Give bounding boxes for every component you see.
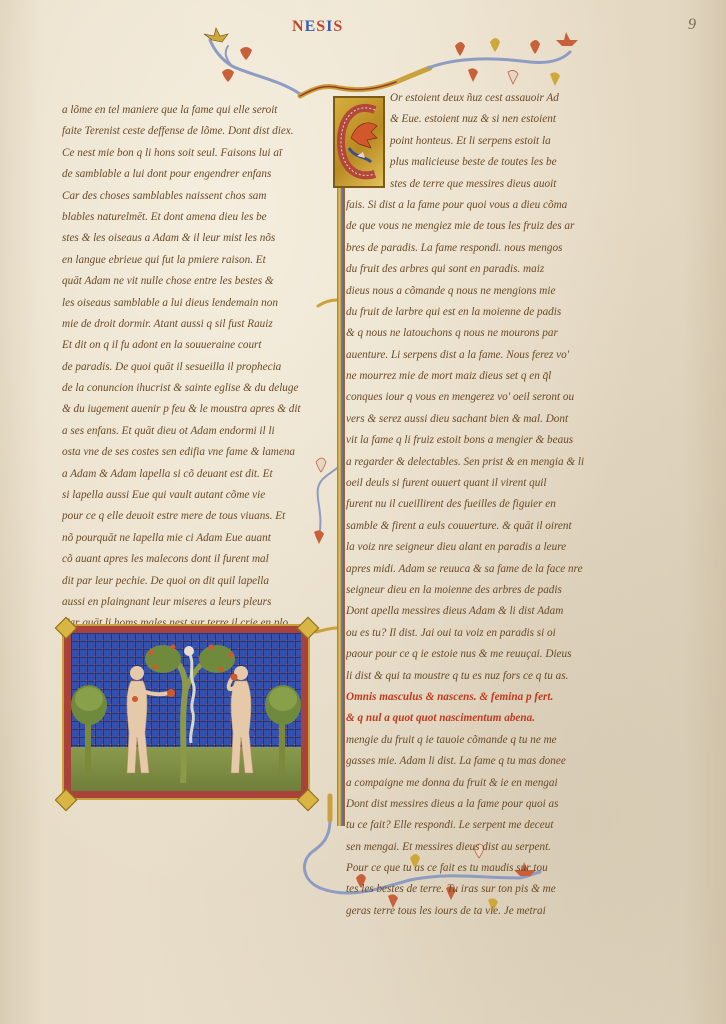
text-line: a ses enfans. Et quāt dieu ot Adam endor… (62, 421, 312, 442)
text-line: en langue ebrieue qui fut la pmiere rais… (62, 250, 312, 271)
text-line: faite Terenist ceste deffense de lõme. D… (62, 121, 312, 142)
text-line: stes & les oiseaus a Adam & il leur mist… (62, 228, 312, 249)
text-line: dieus nous a cõmande q nous ne mengions … (346, 281, 606, 302)
text-line: si lapella aussi Eue qui vault autant cõ… (62, 485, 312, 506)
text-line: dit par leur pechie. De quoi on dit quil… (62, 571, 312, 592)
text-line: stes de terre que messires dieus auoit (346, 174, 606, 195)
text-line: a Adam & Adam lapella si cõ deuant est d… (62, 464, 312, 485)
manuscript-page: NESIS 9 (0, 0, 726, 1024)
text-line: tu ce fait? Elle respondi. Le serpent me… (346, 815, 606, 836)
text-line: la voiz nre seigneur dieu alant en parad… (346, 537, 606, 558)
text-line: samble & firent a euls couuerture. & quā… (346, 516, 606, 537)
tree-right-icon (265, 685, 301, 773)
text-line: Or estoient deux ñuz cest assauoir Ad (346, 88, 606, 109)
text-line: li dist & qui ta moustre q tu es nuz for… (346, 666, 606, 687)
text-line: sen mengai. Et messires dieus dist au se… (346, 837, 606, 858)
running-head-letter: N (292, 18, 305, 35)
text-line: Et dit on q il fu adont en la souueraine… (62, 335, 312, 356)
text-line: geras terre tous les iours de ta vie. Je… (346, 901, 606, 922)
text-line: auenture. Li serpens dist a la fame. Nou… (346, 345, 606, 366)
text-line: Dont apella messires dieus Adam & li dis… (346, 601, 606, 622)
text-line: ou es tu? Il dist. Jai oui ta voiz en pa… (346, 623, 606, 644)
text-line: conques iour q vous en mengerez vo' oeil… (346, 387, 606, 408)
tree-of-knowledge-icon (145, 645, 235, 784)
text-line: mengie du fruit q ie tauoie cõmande q tu… (346, 730, 606, 751)
text-column-right: Or estoient deux ñuz cest assauoir Ad & … (346, 88, 606, 922)
text-line: bres de paradis. La fame respondi. nous … (346, 238, 606, 259)
text-line: Dont dist messires dieus a la fame pour … (346, 794, 606, 815)
text-line: vit la fame q li fruiz estoit bons a men… (346, 430, 606, 451)
text-line: Pour ce que tu as ce fait es tu maudis s… (346, 858, 606, 879)
text-line: vers & serez aussi dieu sachant bien & m… (346, 409, 606, 430)
text-line: de la conuncion ihucrist & sainte eglise… (62, 378, 312, 399)
text-line: les oiseaus samblable a lui dieus lendem… (62, 293, 312, 314)
folio-number: 9 (688, 16, 696, 34)
text-line: blables naturelmēt. Et dont amena dieu l… (62, 207, 312, 228)
text-line: seigneur dieu en la moienne des arbres d… (346, 580, 606, 601)
tree-left-icon (71, 685, 107, 773)
text-line: a regarder & delectables. Sen prist & en… (346, 452, 606, 473)
text-line: plus malicieuse beste de toutes les be (346, 152, 606, 173)
text-line: & q nous ne latouchons q nous ne mourons… (346, 323, 606, 344)
text-line: ne mourrez mie de mort maiz dieus set q … (346, 366, 606, 387)
text-line: mie de droit dormir. Atant aussi q sil f… (62, 314, 312, 335)
running-head-letter: S (316, 18, 326, 35)
adam-figure-icon (229, 666, 253, 773)
text-line: furent nu il cueillirent des fueilles de… (346, 494, 606, 515)
miniature-adam-and-eve (64, 626, 308, 798)
text-line: aussi en plaingnant leur miseres a leurs… (62, 592, 312, 613)
text-line: osta vne de ses costes sen edifia vne fa… (62, 442, 312, 463)
text-line: Car des choses samblables naissent chos … (62, 186, 312, 207)
running-head-letter: S (333, 18, 343, 35)
column-bar-border (337, 186, 345, 826)
text-line: nõ pourquāt ne lapella mie ci Adam Eue a… (62, 528, 312, 549)
text-line: & du iugement auenir p feu & le moustra … (62, 399, 312, 420)
text-line: point honteus. Et li serpens estoit la (346, 131, 606, 152)
text-line: a compaigne me donna du fruit & ie en me… (346, 773, 606, 794)
text-line: quāt Adam ne vit nulle chose entre les b… (62, 271, 312, 292)
text-line: gasses mie. Adam li dist. La fame q tu m… (346, 751, 606, 772)
text-line: Ce nest mie bon q li hons soit seul. Fai… (62, 143, 312, 164)
text-line: de paradis. De quoi quāt il sesueilla il… (62, 357, 312, 378)
text-line: cõ auant apres les malecons dont il fure… (62, 549, 312, 570)
text-line: fais. Si dist a la fame pour quoi vous a… (346, 195, 606, 216)
text-line: tes les bestes de terre. Tu iras sur ton… (346, 879, 606, 900)
text-line: oeil deuls si furent ouuert quant il vir… (346, 473, 606, 494)
running-head: NESIS (292, 18, 343, 36)
rubric-line: & q nul a quot quot nascimentum abena. (346, 708, 606, 729)
text-line: & Eue. estoient nuz & si nen estoient (346, 109, 606, 130)
text-line: du fruit de larbre qui est en la moienne… (346, 302, 606, 323)
text-line: apres midi. Adam se reuuca & sa fame de … (346, 559, 606, 580)
eve-figure-icon (127, 666, 175, 773)
text-line: paour pour ce q ie estoie nus & me reuuç… (346, 644, 606, 665)
rubric-line: Omnis masculus & nascens. & femina p fer… (346, 687, 606, 708)
text-line: pour ce q elle deuoit estre mere de tous… (62, 506, 312, 527)
text-line: du fruit des arbres qui sont en paradis.… (346, 259, 606, 280)
text-line: a lõme en tel maniere que la fame qui el… (62, 100, 312, 121)
text-line: de que vous ne mengiez mie de tous les f… (346, 216, 606, 237)
text-line: de samblable a lui dont pour engendrer e… (62, 164, 312, 185)
running-head-letter: E (305, 18, 317, 35)
miniature-scene (71, 633, 301, 791)
